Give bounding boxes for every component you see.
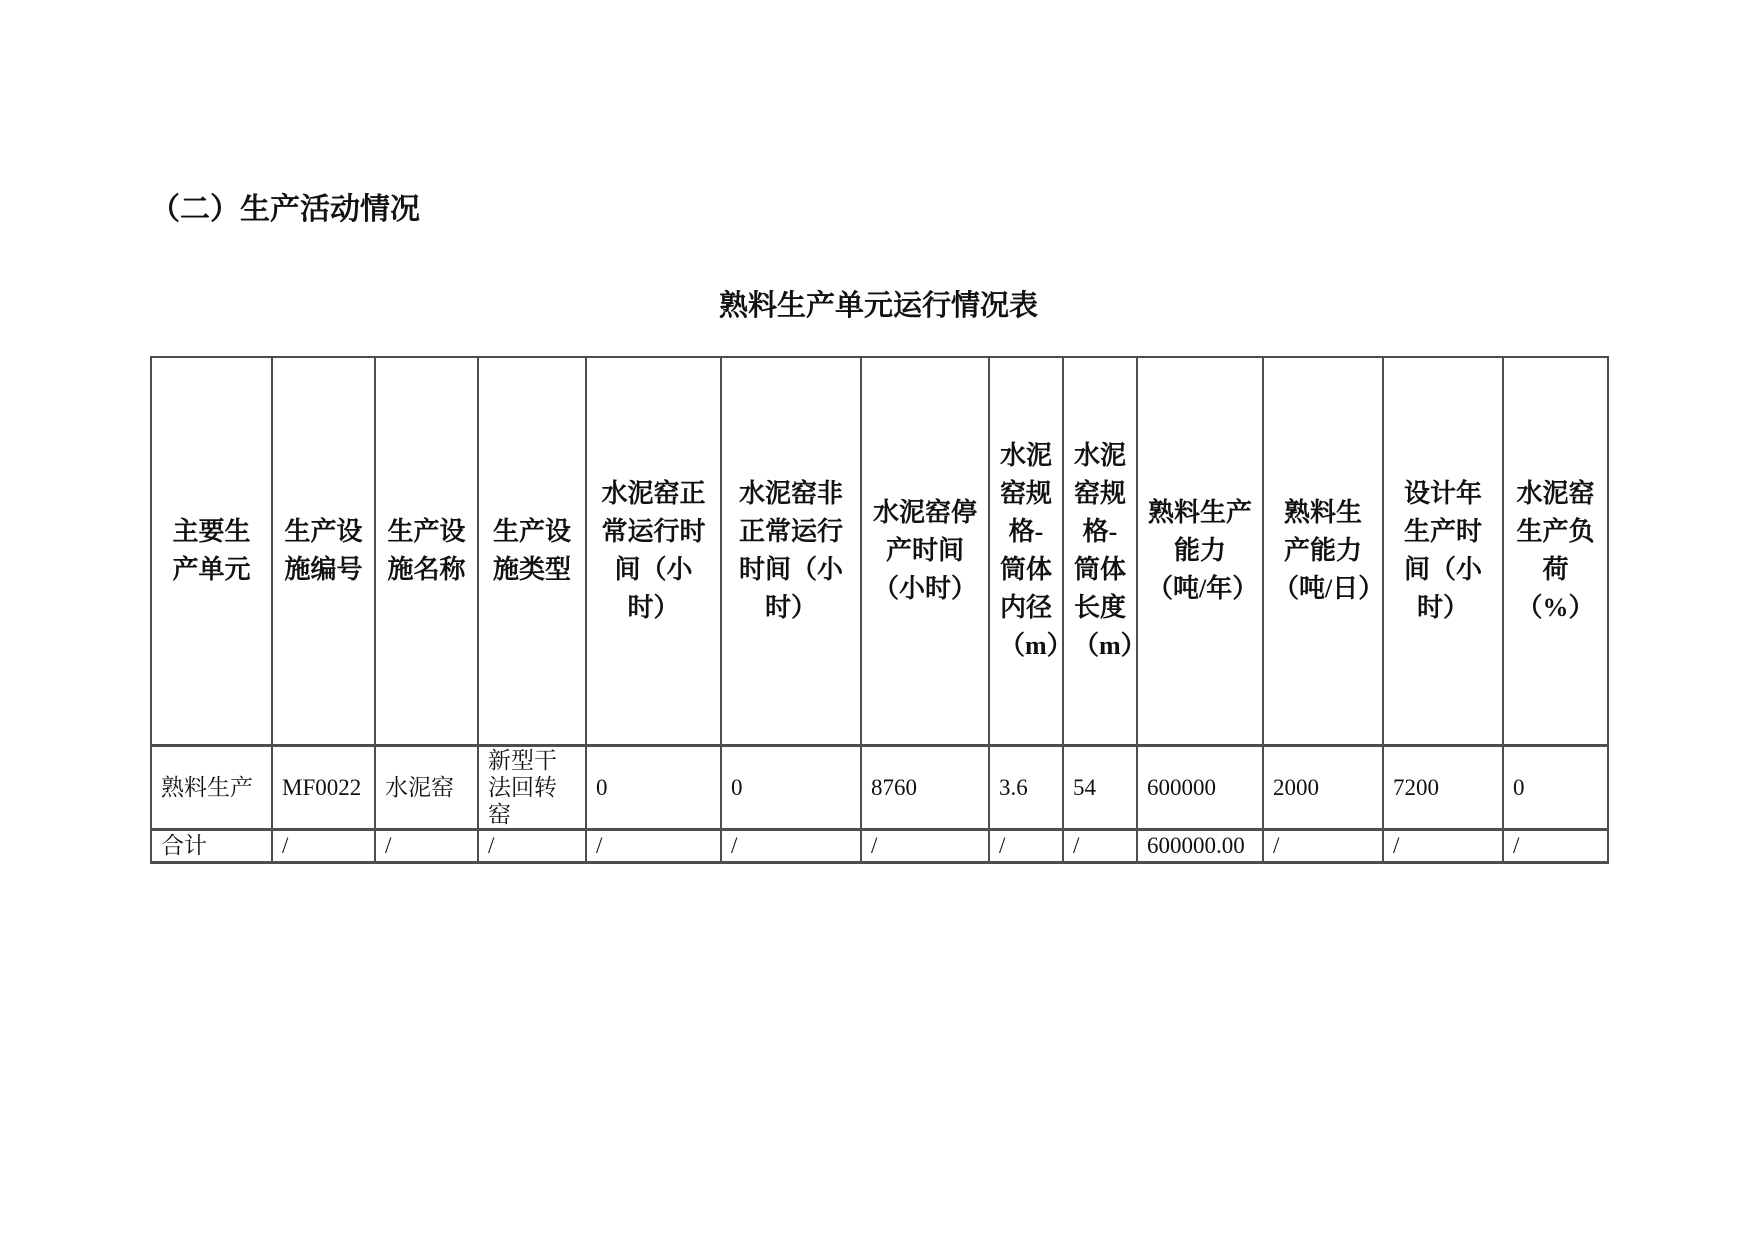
data-cell-abnormal-hours: 0 <box>721 745 861 829</box>
data-cell-load-percent: 0 <box>1503 745 1608 829</box>
header-cell-main-unit: 主要生产单元 <box>151 357 272 745</box>
data-cell-facility-type: 新型干法回转窑 <box>478 745 586 829</box>
data-cell-capacity-day: 2000 <box>1263 745 1383 829</box>
table-title: 熟料生产单元运行情况表 <box>150 283 1607 324</box>
total-cell-shutdown-hours: / <box>861 829 989 862</box>
header-cell-facility-type: 生产设施类型 <box>478 357 586 745</box>
data-cell-main-unit: 熟料生产 <box>151 745 272 829</box>
header-cell-shutdown-hours: 水泥窑停产时间（小时） <box>861 357 989 745</box>
header-cell-capacity-year: 熟料生产能力（吨/年） <box>1137 357 1263 745</box>
total-cell-inner-diameter: / <box>989 829 1063 862</box>
production-table: 主要生产单元 生产设施编号 生产设施名称 生产设施类型 水泥窑正常运行时间（小时… <box>150 356 1609 864</box>
header-cell-cylinder-length: 水泥窑规格-筒体长度（m） <box>1063 357 1137 745</box>
total-cell-facility-name: / <box>375 829 478 862</box>
data-cell-normal-hours: 0 <box>586 745 721 829</box>
total-cell-facility-type: / <box>478 829 586 862</box>
total-cell-capacity-day: / <box>1263 829 1383 862</box>
data-cell-design-hours: 7200 <box>1383 745 1503 829</box>
header-cell-design-hours: 设计年生产时间（小时） <box>1383 357 1503 745</box>
total-cell-facility-id: / <box>272 829 375 862</box>
total-cell-label: 合计 <box>151 829 272 862</box>
total-cell-design-hours: / <box>1383 829 1503 862</box>
total-cell-abnormal-hours: / <box>721 829 861 862</box>
data-cell-capacity-year: 600000 <box>1137 745 1263 829</box>
data-cell-facility-name: 水泥窑 <box>375 745 478 829</box>
section-heading: （二）生产活动情况 <box>150 184 420 228</box>
data-row-clinker: 熟料生产 MF0022 水泥窑 新型干法回转窑 0 0 8760 3.6 54 … <box>151 745 1608 829</box>
header-cell-normal-hours: 水泥窑正常运行时间（小时） <box>586 357 721 745</box>
total-cell-cylinder-length: / <box>1063 829 1137 862</box>
header-cell-capacity-day: 熟料生产能力（吨/日） <box>1263 357 1383 745</box>
data-cell-cylinder-length: 54 <box>1063 745 1137 829</box>
total-cell-normal-hours: / <box>586 829 721 862</box>
header-cell-inner-diameter: 水泥窑规格-筒体内径（m） <box>989 357 1063 745</box>
data-cell-inner-diameter: 3.6 <box>989 745 1063 829</box>
data-cell-shutdown-hours: 8760 <box>861 745 989 829</box>
total-cell-load-percent: / <box>1503 829 1608 862</box>
header-cell-facility-id: 生产设施编号 <box>272 357 375 745</box>
total-cell-capacity-year: 600000.00 <box>1137 829 1263 862</box>
data-cell-facility-id: MF0022 <box>272 745 375 829</box>
header-cell-abnormal-hours: 水泥窑非正常运行时间（小时） <box>721 357 861 745</box>
header-cell-load-percent: 水泥窑生产负荷（%） <box>1503 357 1608 745</box>
header-cell-facility-name: 生产设施名称 <box>375 357 478 745</box>
total-row: 合计 / / / / / / / / 600000.00 / / / <box>151 829 1608 862</box>
header-row: 主要生产单元 生产设施编号 生产设施名称 生产设施类型 水泥窑正常运行时间（小时… <box>151 357 1608 745</box>
